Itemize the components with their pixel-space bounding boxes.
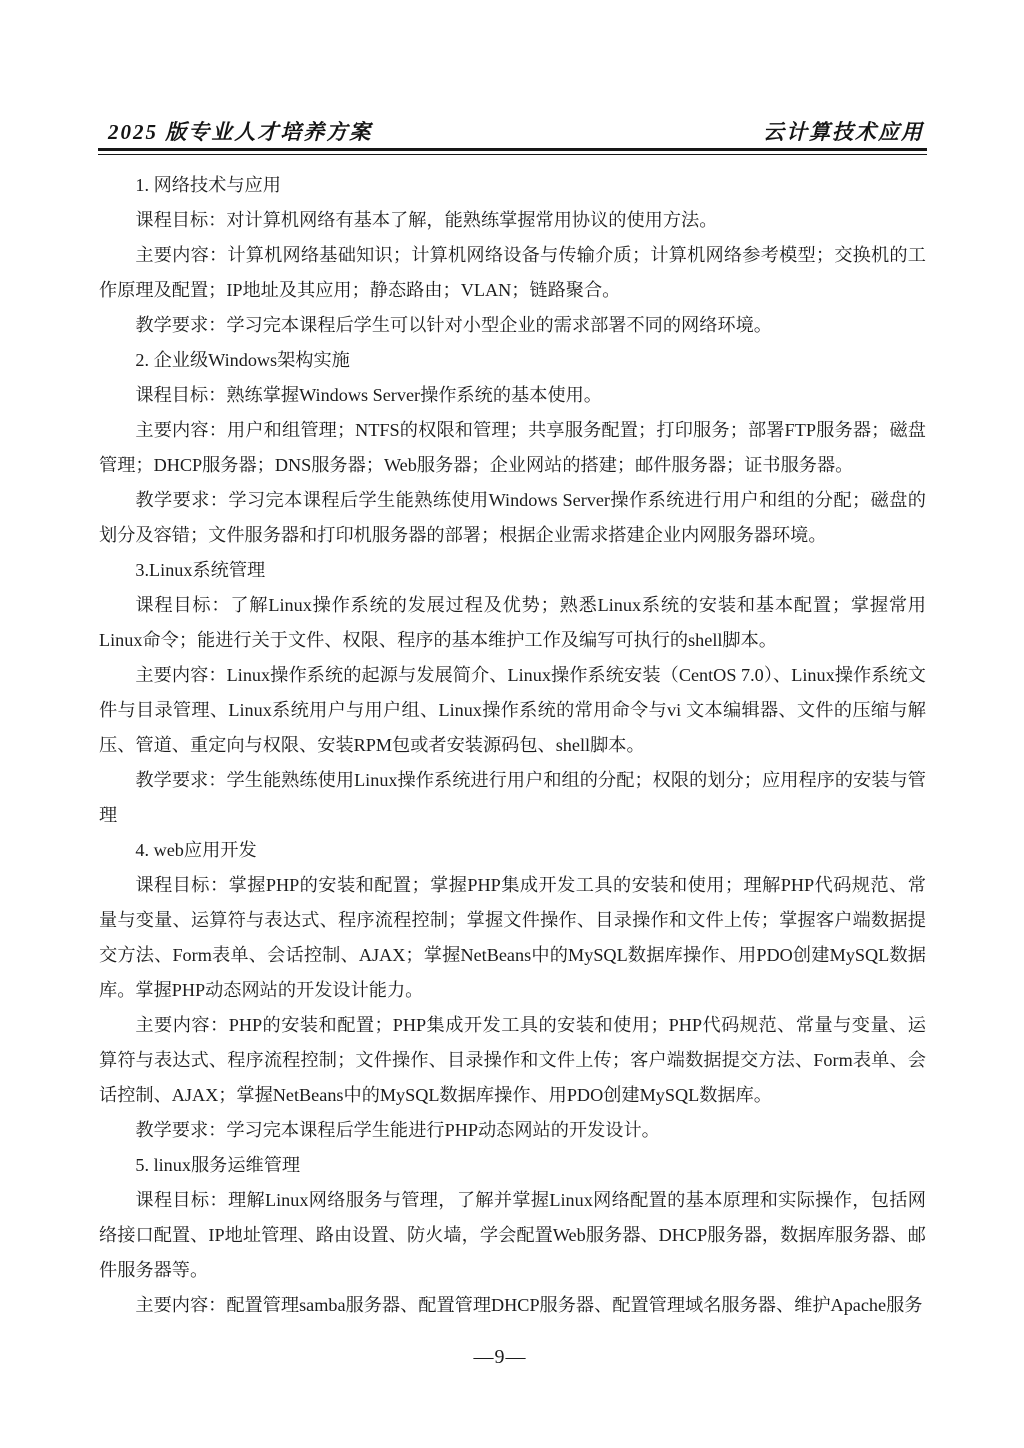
paragraph: 课程目标：熟练掌握Windows Server操作系统的基本使用。 bbox=[99, 378, 926, 413]
paragraph: 主要内容：PHP的安装和配置；PHP集成开发工具的安装和使用；PHP代码规范、常… bbox=[99, 1008, 926, 1113]
paragraph: 主要内容：配置管理samba服务器、配置管理DHCP服务器、配置管理域名服务器、… bbox=[99, 1288, 926, 1323]
paragraph: 教学要求：学生能熟练使用Linux操作系统进行用户和组的分配；权限的划分；应用程… bbox=[99, 763, 926, 833]
page-number: —9— bbox=[474, 1346, 527, 1368]
paragraph: 教学要求：学习完本课程后学生能进行PHP动态网站的开发设计。 bbox=[99, 1113, 926, 1148]
page-footer: —9— bbox=[0, 1346, 1000, 1369]
paragraph: 课程目标：了解Linux操作系统的发展过程及优势；熟悉Linux系统的安装和基本… bbox=[99, 588, 926, 658]
header-rule bbox=[98, 148, 927, 155]
paragraph: 课程目标：理解Linux网络服务与管理，了解并掌握Linux网络配置的基本原理和… bbox=[99, 1183, 926, 1288]
paragraph: 教学要求：学习完本课程后学生可以针对小型企业的需求部署不同的网络环境。 bbox=[99, 308, 926, 343]
paragraph: 3.Linux系统管理 bbox=[99, 553, 926, 588]
paragraph: 课程目标：掌握PHP的安装和配置；掌握PHP集成开发工具的安装和使用；理解PHP… bbox=[99, 868, 926, 1008]
paragraph: 教学要求：学习完本课程后学生能熟练使用Windows Server操作系统进行用… bbox=[99, 483, 926, 553]
document-body: 1. 网络技术与应用课程目标：对计算机网络有基本了解，能熟练掌握常用协议的使用方… bbox=[99, 168, 926, 1323]
paragraph: 4. web应用开发 bbox=[99, 833, 926, 868]
header-left-title: 2025 版专业人才培养方案 bbox=[108, 116, 372, 146]
paragraph: 1. 网络技术与应用 bbox=[99, 168, 926, 203]
paragraph: 主要内容：Linux操作系统的起源与发展简介、Linux操作系统安装（CentO… bbox=[99, 658, 926, 763]
document-page: 2025 版专业人才培养方案 云计算技术应用 1. 网络技术与应用课程目标：对计… bbox=[0, 0, 1024, 1448]
paragraph: 2. 企业级Windows架构实施 bbox=[99, 343, 926, 378]
paragraph: 5. linux服务运维管理 bbox=[99, 1148, 926, 1183]
paragraph: 课程目标：对计算机网络有基本了解，能熟练掌握常用协议的使用方法。 bbox=[99, 203, 926, 238]
paragraph: 主要内容：用户和组管理；NTFS的权限和管理；共享服务配置；打印服务；部署FTP… bbox=[99, 413, 926, 483]
header-right-title: 云计算技术应用 bbox=[763, 116, 924, 146]
page-header: 2025 版专业人才培养方案 云计算技术应用 bbox=[108, 112, 924, 146]
paragraph: 主要内容：计算机网络基础知识；计算机网络设备与传输介质；计算机网络参考模型；交换… bbox=[99, 238, 926, 308]
